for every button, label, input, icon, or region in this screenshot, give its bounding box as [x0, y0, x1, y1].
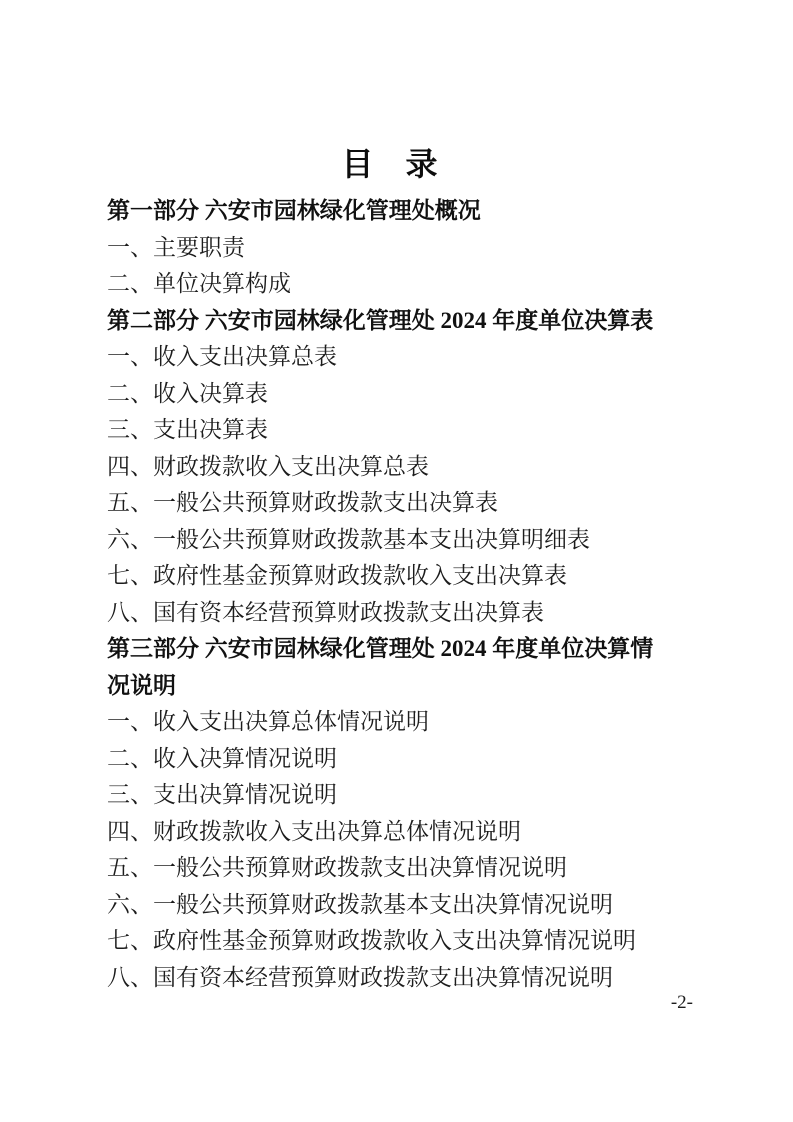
toc-section-2: 第二部分 六安市园林绿化管理处 2024 年度单位决算表 一、收入支出决算总表 … [107, 303, 672, 632]
toc-item: 七、政府性基金预算财政拨款收入支出决算情况说明 [107, 923, 672, 960]
toc-item: 二、收入决算情况说明 [107, 741, 672, 778]
toc-item: 一、收入支出决算总表 [107, 339, 672, 376]
toc-item: 五、一般公共预算财政拨款支出决算情况说明 [107, 850, 672, 887]
toc-item: 七、政府性基金预算财政拨款收入支出决算表 [107, 558, 672, 595]
toc-item: 六、一般公共预算财政拨款基本支出决算情况说明 [107, 887, 672, 924]
toc-section-1: 第一部分 六安市园林绿化管理处概况 一、主要职责 二、单位决算构成 [107, 193, 672, 303]
toc-item: 八、国有资本经营预算财政拨款支出决算情况说明 [107, 960, 672, 997]
toc-item: 四、财政拨款收入支出决算总体情况说明 [107, 814, 672, 851]
toc-item: 一、收入支出决算总体情况说明 [107, 704, 672, 741]
page-number: -2- [671, 992, 693, 1014]
toc-item: 三、支出决算情况说明 [107, 777, 672, 814]
document-page: 目 录 第一部分 六安市园林绿化管理处概况 一、主要职责 二、单位决算构成 第二… [0, 0, 793, 1122]
section-heading: 第二部分 六安市园林绿化管理处 2024 年度单位决算表 [107, 303, 672, 340]
section-heading: 第三部分 六安市园林绿化管理处 2024 年度单位决算情况说明 [107, 631, 672, 704]
toc-item: 八、国有资本经营预算财政拨款支出决算表 [107, 595, 672, 632]
section-heading: 第一部分 六安市园林绿化管理处概况 [107, 193, 672, 230]
page-title: 目 录 [107, 143, 672, 185]
page-content: 目 录 第一部分 六安市园林绿化管理处概况 一、主要职责 二、单位决算构成 第二… [0, 0, 793, 996]
toc-item: 二、收入决算表 [107, 376, 672, 413]
toc-section-3: 第三部分 六安市园林绿化管理处 2024 年度单位决算情况说明 一、收入支出决算… [107, 631, 672, 996]
toc-item: 四、财政拨款收入支出决算总表 [107, 449, 672, 486]
toc-item: 五、一般公共预算财政拨款支出决算表 [107, 485, 672, 522]
toc-item: 一、主要职责 [107, 230, 672, 267]
table-of-contents: 第一部分 六安市园林绿化管理处概况 一、主要职责 二、单位决算构成 第二部分 六… [107, 193, 672, 996]
toc-item: 六、一般公共预算财政拨款基本支出决算明细表 [107, 522, 672, 559]
toc-item: 二、单位决算构成 [107, 266, 672, 303]
toc-item: 三、支出决算表 [107, 412, 672, 449]
